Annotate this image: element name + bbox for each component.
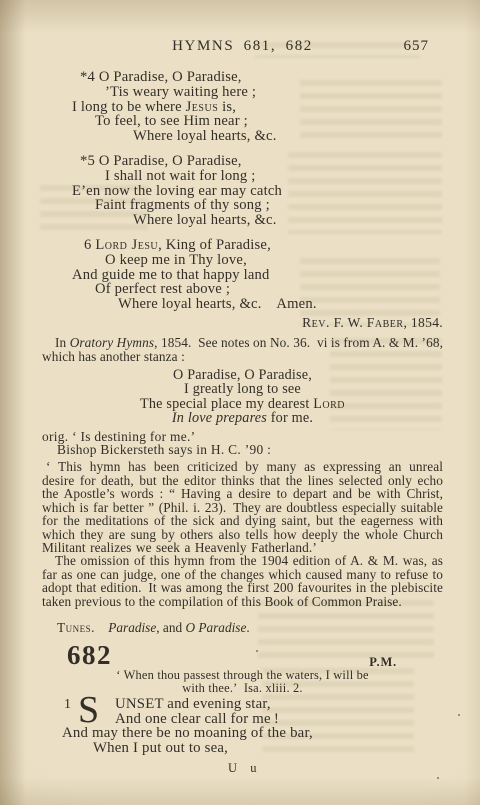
text-segment: Where loyal hearts, &c. Amen.: [118, 296, 317, 312]
text-segment: Faint fragments of thy song ;: [95, 197, 270, 213]
text-segment: E’en now the loving ear may catch: [72, 183, 282, 199]
note-intro-paragraph: In Oratory Hymns, 1854. See notes on No.…: [42, 336, 443, 363]
verse-line: Where loyal hearts, &c.: [42, 129, 443, 144]
text-segment: ’Tis weary waiting here ;: [105, 84, 256, 100]
text-segment: , and: [156, 620, 185, 635]
text-segment: , 1854.: [404, 315, 443, 330]
text-segment: I long to be where: [72, 99, 186, 115]
text-segment: Lord: [313, 396, 345, 412]
text-segment: Where loyal hearts, &c.: [133, 128, 277, 144]
text-segment: [95, 620, 108, 635]
verse-line: And guide me to that happy land: [42, 268, 443, 283]
running-head: HYMNS 681, 682: [42, 38, 455, 55]
bickersteth-note: Bishop Bickersteth says in H. C. ’90 :: [42, 442, 443, 458]
text-segment: Tunes.: [57, 620, 95, 635]
verse-line: And may there be no moaning of the bar,: [42, 726, 443, 741]
book-page: HYMNS 681, 682 657 *4 O Paradise, O Para…: [0, 0, 480, 805]
verse-line: ’Tis weary waiting here ;: [42, 85, 443, 100]
text-segment: And one clear call for me !: [115, 711, 279, 727]
text-segment: Where loyal hearts, &c.: [133, 212, 277, 228]
quoted-stanza: O Paradise, O Paradise,I greatly long to…: [42, 368, 443, 425]
hymn-682-epigraph: ‘ When thou passest through the waters, …: [42, 669, 443, 696]
hymn-681-stanza-5: *5 O Paradise, O Paradise,I shall not wa…: [42, 154, 443, 228]
hymn-681-stanza-4: *4 O Paradise, O Paradise,’Tis weary wai…: [42, 70, 443, 144]
drop-cap: S: [78, 693, 99, 727]
ink-speck: [458, 714, 460, 716]
verse-line: 6 Lord Jesu, King of Paradise,: [42, 238, 443, 253]
text-segment: Rev.: [302, 315, 330, 330]
hymn-681-stanza-6: 6 Lord Jesu, King of Paradise,O keep me …: [42, 238, 443, 312]
omission-paragraph: The omission of this hymn from the 1904 …: [42, 554, 443, 608]
ink-speck: [437, 777, 439, 779]
verse-line: *4 O Paradise, O Paradise,: [42, 70, 443, 85]
verse-line: ‘ When thou passest through the waters, …: [42, 669, 443, 682]
text-segment: Jesus: [186, 99, 219, 115]
text-segment: *5 O Paradise, O Paradise,: [80, 153, 242, 169]
text-segment: When I put out to sea,: [93, 740, 228, 756]
text-segment: And may there be no moaning of the bar,: [62, 725, 313, 741]
verse-line: with thee.’ Isa. xliii. 2.: [42, 682, 443, 695]
criticism-quote-paragraph: ‘ This hymn has been criticized by many …: [42, 460, 443, 555]
text-segment: And guide me to that happy land: [72, 267, 270, 283]
stanza-number: 1: [64, 698, 71, 713]
hymn-682-meter: P.M.: [369, 655, 397, 670]
text-segment: , King of Paradise,: [158, 237, 271, 253]
verse-line: When I put out to sea,: [42, 741, 443, 756]
text-segment: F. W.: [330, 315, 367, 330]
verse-line: I long to be where Jesus is,: [42, 100, 443, 115]
verse-line: E’en now the loving ear may catch: [42, 184, 443, 199]
text-segment: I shall not wait for long ;: [105, 168, 256, 184]
verse-line: Where loyal hearts, &c. Amen.: [42, 297, 443, 312]
text-segment: O keep me in Thy love,: [105, 252, 247, 268]
text-segment: Lord Jesu: [95, 237, 158, 253]
signature-mark: U u: [42, 761, 457, 776]
page-number: 657: [404, 38, 430, 55]
text-segment: 6: [84, 237, 95, 253]
author-attribution: Rev. F. W. Faber, 1854.: [42, 315, 453, 331]
tunes-line: Tunes. Paradise, and O Paradise.: [42, 620, 443, 636]
text-segment: In love prepares: [172, 410, 267, 426]
hymn-682-number: 682: [67, 640, 112, 670]
verse-line: Faint fragments of thy song ;: [42, 198, 443, 213]
text-segment: Of perfect rest above ;: [95, 281, 230, 297]
text-segment: is,: [218, 99, 236, 115]
verse-line: To feel, to see Him near ;: [42, 114, 443, 129]
text-segment: Faber: [367, 315, 404, 330]
verse-line: Where loyal hearts, &c.: [42, 213, 443, 228]
text-segment: ‘ When thou passest through the waters, …: [116, 668, 369, 682]
verse-line: O keep me in Thy love,: [42, 253, 443, 268]
text-segment: To feel, to see Him near ;: [95, 113, 248, 129]
verse-line: *5 O Paradise, O Paradise,: [42, 154, 443, 169]
text-segment: *4 O Paradise, O Paradise,: [80, 69, 242, 85]
verse-line: I shall not wait for long ;: [42, 169, 443, 184]
text-segment: .: [246, 620, 249, 635]
verse-line: The special place my dearest Lord: [42, 397, 443, 411]
text-segment: Paradise: [108, 620, 156, 635]
verse-line: O Paradise, O Paradise,: [42, 368, 443, 382]
verse-line: And one clear call for me !: [42, 712, 443, 727]
verse-line: In love prepares for me.: [42, 411, 443, 425]
running-head-title: HYMNS 681, 682: [172, 38, 313, 54]
hymn-682-stanza-1: 1 S UNSET and evening star,And one clear…: [42, 697, 443, 755]
verse-line: UNSET and evening star,: [42, 697, 443, 712]
text-segment: with thee.’ Isa. xliii. 2.: [182, 681, 302, 695]
stanza-lines: UNSET and evening star,And one clear cal…: [42, 697, 443, 755]
verse-line: Of perfect rest above ;: [42, 282, 443, 297]
verse-line: I greatly long to see: [42, 382, 443, 396]
text-segment: UNSET and evening star,: [115, 696, 271, 712]
text-segment: O Paradise: [185, 620, 246, 635]
text-segment: for me.: [267, 410, 313, 426]
